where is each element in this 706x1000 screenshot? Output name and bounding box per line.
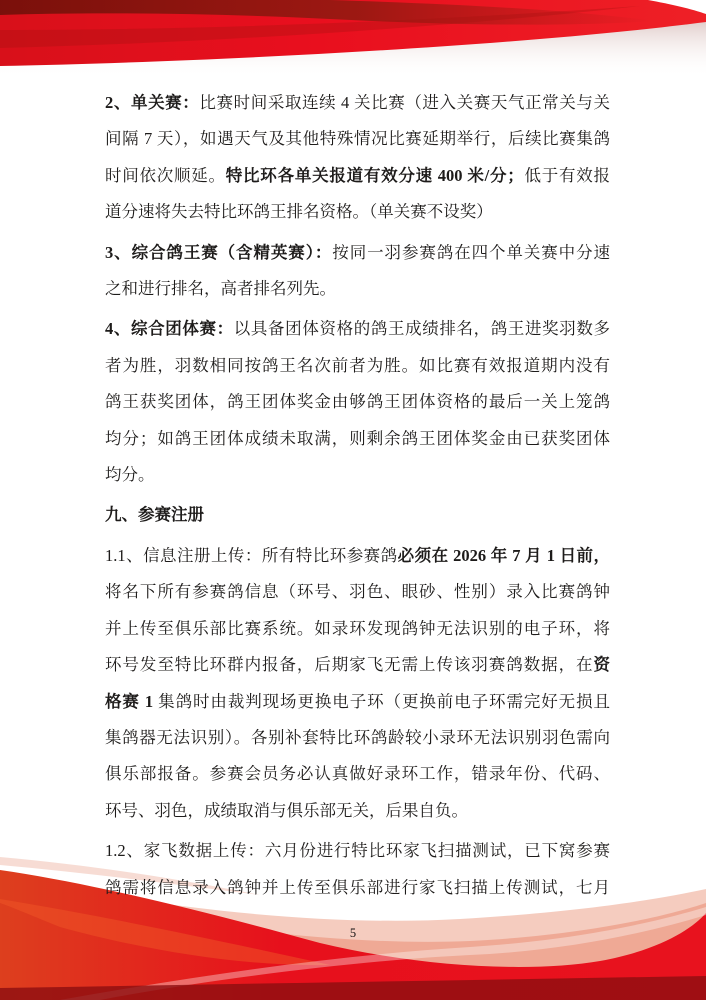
paragraph-item-4-overall-team-race: 4、综合团体赛：以具备团体资格的鸽王成绩排名，鸽王进奖羽数多者为胜，羽数相同按鸽… [105, 311, 610, 493]
paragraph-item-3-overall-king-race: 3、综合鸽王赛（含精英赛）：按同一羽参赛鸽在四个单关赛中分速之和进行排名，高者排… [105, 235, 610, 308]
text-run: 将名下所有参赛鸽信息（环号、羽色、眼砂、性别）录入比赛鸽钟 [105, 582, 610, 601]
text-run: 1.2、家飞数据上传：六月份进行特比环家飞扫描测试，已下窝参赛 [105, 841, 610, 860]
bold-text-run: 4、综合团体赛： [105, 319, 234, 338]
text-run: 均分。 [105, 465, 155, 484]
page-number: 5 [0, 925, 706, 941]
top-banner-inner-streak [0, 6, 640, 48]
top-banner-maroon-streak [0, 0, 655, 25]
text-run: 1.1、信息注册上传：所有特比环参赛鸽 [105, 546, 398, 565]
paragraph-item-1-2-home-fly-upload: 1.2、家飞数据上传：六月份进行特比环家飞扫描测试，已下窝参赛鸽需将信息录入鸽钟… [105, 833, 610, 906]
text-run: 鸽王获奖团体，鸽王团体奖金由够鸽王团体资格的最后一关上笼鸽 [105, 392, 610, 411]
text-run: 环号、羽色，成绩取消与俱乐部无关，后果自负。 [105, 801, 468, 820]
text-line: 时间依次顺延。特比环各单关报道有效分速 400 米/分；低于有效报 [105, 158, 610, 194]
paragraph-section-9-registration-heading: 九、参赛注册 [105, 497, 610, 533]
text-line: 俱乐部报备。参赛会员务必认真做好录环工作，错录年份、代码、 [105, 756, 610, 792]
text-run: 之和进行排名，高者排名列先。 [105, 279, 336, 298]
text-run: 集鸽时由裁判现场更换电子环（更换前电子环需完好无损且 [153, 692, 610, 711]
text-line: 之和进行排名，高者排名列先。 [105, 271, 610, 307]
bold-text-run: 资 [594, 655, 611, 674]
text-run: 道分速将失去特比环鸽王排名资格。（单关赛不设奖） [105, 202, 493, 221]
bold-text-run: 3、综合鸽王赛（含精英赛）： [105, 243, 332, 262]
text-run: 间隔 7 天），如遇天气及其他特殊情况比赛延期举行，后续比赛集鸽 [105, 129, 610, 148]
top-banner-red-band [0, 0, 706, 66]
text-line: 3、综合鸽王赛（含精英赛）：按同一羽参赛鸽在四个单关赛中分速 [105, 235, 610, 271]
bottom-banner-dark-strip [0, 976, 706, 1000]
text-line: 2、单关赛：比赛时间采取连续 4 关比赛（进入关赛天气正常关与关 [105, 85, 610, 121]
text-line: 将名下所有参赛鸽信息（环号、羽色、眼砂、性别）录入比赛鸽钟 [105, 574, 610, 610]
text-line: 4、综合团体赛：以具备团体资格的鸽王成绩排名，鸽王进奖羽数多 [105, 311, 610, 347]
text-run: 比赛时间采取连续 4 关比赛（进入关赛天气正常关与关 [199, 93, 610, 112]
text-line: 均分；如鸽王团体成绩未取满，则剩余鸽王团体奖金由已获奖团体 [105, 421, 610, 457]
bold-text-run: 必须在 2026 年 7 月 1 日前， [398, 546, 610, 565]
text-run: 环号发至特比环群内报备，后期家飞无需上传该羽赛鸽数据，在 [105, 655, 594, 674]
paragraph-item-2-single-race: 2、单关赛：比赛时间采取连续 4 关比赛（进入关赛天气正常关与关间隔 7 天），… [105, 85, 610, 231]
document-page: 2、单关赛：比赛时间采取连续 4 关比赛（进入关赛天气正常关与关间隔 7 天），… [0, 0, 706, 1000]
text-line: 道分速将失去特比环鸽王排名资格。（单关赛不设奖） [105, 194, 610, 230]
bold-text-run: 格赛 1 [105, 692, 153, 711]
text-line: 均分。 [105, 457, 610, 493]
bottom-banner-highlight-streak [60, 907, 706, 1000]
bold-text-run: 特比环各单关报道有效分速 400 米/分； [226, 166, 524, 185]
text-line: 间隔 7 天），如遇天气及其他特殊情况比赛延期举行，后续比赛集鸽 [105, 121, 610, 157]
text-run: 俱乐部报备。参赛会员务必认真做好录环工作，错录年份、代码、 [105, 764, 610, 783]
bold-text-run: 九、参赛注册 [105, 505, 204, 524]
text-run: 时间依次顺延。 [105, 166, 226, 185]
text-line: 1.2、家飞数据上传：六月份进行特比环家飞扫描测试，已下窝参赛 [105, 833, 610, 869]
text-run: 均分；如鸽王团体成绩未取满，则剩余鸽王团体奖金由已获奖团体 [105, 429, 610, 448]
text-run: 以具备团体资格的鸽王成绩排名，鸽王进奖羽数多 [234, 319, 610, 338]
document-body: 2、单关赛：比赛时间采取连续 4 关比赛（进入关赛天气正常关与关间隔 7 天），… [105, 85, 610, 910]
text-run: 低于有效报 [524, 166, 610, 185]
text-line: 1.1、信息注册上传：所有特比环参赛鸽必须在 2026 年 7 月 1 日前， [105, 538, 610, 574]
paragraph-item-1-1-info-registration: 1.1、信息注册上传：所有特比环参赛鸽必须在 2026 年 7 月 1 日前，将… [105, 538, 610, 829]
text-run: 并上传至俱乐部比赛系统。如录环发现鸽钟无法识别的电子环，将 [105, 619, 610, 638]
text-line: 集鸽器无法识别）。各别补套特比环鸽龄较小录环无法识别羽色需向 [105, 720, 610, 756]
text-run: 者为胜，羽数相同按鸽王名次前者为胜。如比赛有效报道期内没有 [105, 356, 610, 375]
text-line: 鸽王获奖团体，鸽王团体奖金由够鸽王团体资格的最后一关上笼鸽 [105, 384, 610, 420]
bold-text-run: 2、单关赛： [105, 93, 199, 112]
top-banner-shadow [0, 21, 706, 92]
top-red-wave-banner [0, 0, 706, 92]
text-run: 按同一羽参赛鸽在四个单关赛中分速 [332, 243, 610, 262]
text-line: 鸽需将信息录入鸽钟并上传至俱乐部进行家飞扫描上传测试，七月 [105, 870, 610, 906]
text-line: 环号、羽色，成绩取消与俱乐部无关，后果自负。 [105, 793, 610, 829]
text-line: 环号发至特比环群内报备，后期家飞无需上传该羽赛鸽数据，在资 [105, 647, 610, 683]
text-run: 集鸽器无法识别）。各别补套特比环鸽龄较小录环无法识别羽色需向 [105, 728, 610, 747]
text-run: 鸽需将信息录入鸽钟并上传至俱乐部进行家飞扫描上传测试，七月 [105, 878, 610, 897]
text-line: 者为胜，羽数相同按鸽王名次前者为胜。如比赛有效报道期内没有 [105, 348, 610, 384]
text-line: 并上传至俱乐部比赛系统。如录环发现鸽钟无法识别的电子环，将 [105, 611, 610, 647]
text-line: 九、参赛注册 [105, 497, 610, 533]
text-line: 格赛 1 集鸽时由裁判现场更换电子环（更换前电子环需完好无损且 [105, 684, 610, 720]
